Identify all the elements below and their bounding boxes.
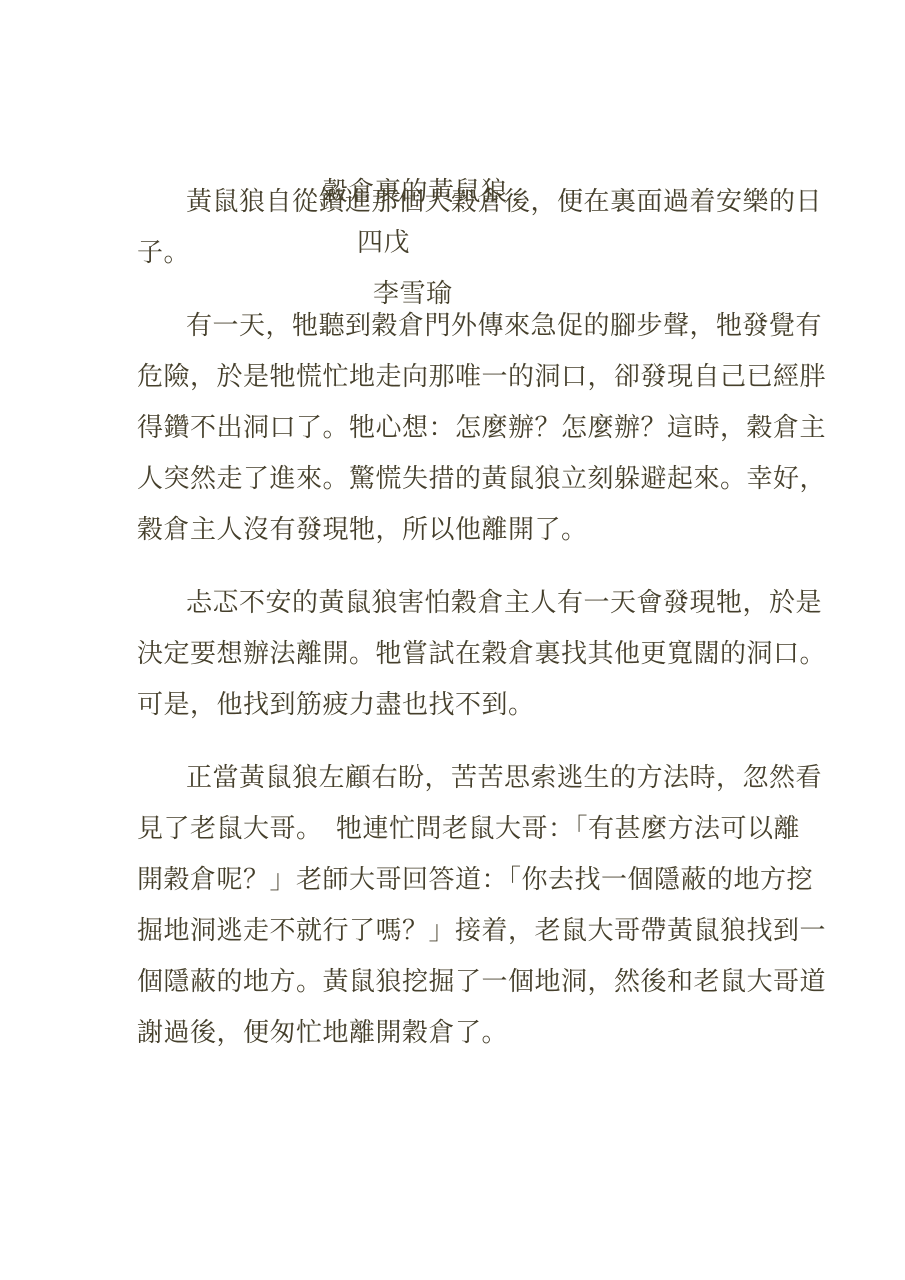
paragraph: 忐忑不安的黃鼠狼害怕穀倉主人有一天會發現牠，於是決定要想辦法離開。牠嘗試在穀倉裏… <box>137 577 815 730</box>
text-line: 得鑽不出洞口了。牠心想：怎麼辦？怎麼辦？這時，穀倉主 <box>137 402 815 453</box>
paragraph: 有一天，牠聽到穀倉門外傳來急促的腳步聲，牠發覺有危險，於是牠慌忙地走向那唯一的洞… <box>137 300 815 555</box>
text-line: 決定要想辦法離開。牠嘗試在穀倉裏找其他更寬闊的洞口。 <box>137 628 815 679</box>
text-line: 謝過後，便匆忙地離開穀倉了。 <box>137 1007 815 1058</box>
text-line: 個隱蔽的地方。黃鼠狼挖掘了一個地洞，然後和老鼠大哥道 <box>137 956 815 1007</box>
text-line: 人突然走了進來。驚慌失措的黃鼠狼立刻躲避起來。幸好， <box>137 453 815 504</box>
text-line: 掘地洞逃走不就行了嗎？」接着，老鼠大哥帶黃鼠狼找到一 <box>137 905 815 956</box>
text-line: 有一天，牠聽到穀倉門外傳來急促的腳步聲，牠發覺有 <box>137 300 815 351</box>
paragraph: 正當黃鼠狼左顧右盼，苦苦思索逃生的方法時，忽然看見了老鼠大哥。 牠連忙問老鼠大哥… <box>137 752 815 1058</box>
paragraphs-container: 黃鼠狼自從鑽進那個大穀倉後，便在裏面過着安樂的日子。有一天，牠聽到穀倉門外傳來急… <box>137 176 815 1058</box>
text-line: 子。 <box>137 227 815 278</box>
text-line: 穀倉主人沒有發現牠，所以他離開了。 <box>137 504 815 555</box>
text-line: 可是，他找到筋疲力盡也找不到。 <box>137 679 815 730</box>
text-line: 危險，於是牠慌忙地走向那唯一的洞口，卻發現自己已經胖 <box>137 351 815 402</box>
text-line: 見了老鼠大哥。 牠連忙問老鼠大哥：「有甚麼方法可以離 <box>137 803 815 854</box>
text-line: 黃鼠狼自從鑽進那個大穀倉後，便在裏面過着安樂的日 <box>137 176 815 227</box>
text-line: 忐忑不安的黃鼠狼害怕穀倉主人有一天會發現牠，於是 <box>137 577 815 628</box>
paragraph: 黃鼠狼自從鑽進那個大穀倉後，便在裏面過着安樂的日子。 <box>137 176 815 278</box>
document-content: 穀倉裏的黃鼠狼 四戊 李雪瑜 黃鼠狼自從鑽進那個大穀倉後，便在裏面過着安樂的日子… <box>0 0 905 1058</box>
document-page: 穀倉裏的黃鼠狼 四戊 李雪瑜 黃鼠狼自從鑽進那個大穀倉後，便在裏面過着安樂的日子… <box>0 0 905 1280</box>
text-line: 開穀倉呢？」老師大哥回答道：「你去找一個隱蔽的地方挖 <box>137 854 815 905</box>
document-title-line: 穀倉裏的黃鼠狼 四戊 李雪瑜 <box>280 115 815 166</box>
text-line: 正當黃鼠狼左顧右盼，苦苦思索逃生的方法時，忽然看 <box>137 752 815 803</box>
class-name: 四戊 <box>357 228 410 257</box>
